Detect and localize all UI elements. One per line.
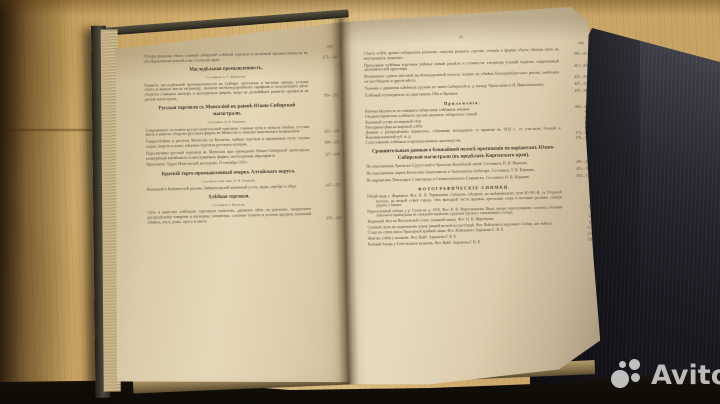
toc-entry-page-number: 136 bbox=[565, 237, 593, 242]
toc-entry-page-number: 64 bbox=[564, 215, 592, 220]
toc-entry-page-number: 472 bbox=[562, 121, 590, 126]
toc-entry-page-number: 16 bbox=[564, 190, 592, 195]
toc-entry-text: Обзоръ рынковъ сбыта главной сибирской х… bbox=[144, 51, 308, 64]
avito-watermark: Avito bbox=[610, 357, 720, 393]
left-page: стр. Обзоръ рынковъ сбыта главной сибирс… bbox=[109, 18, 349, 387]
toc-entry-text: Русская торговля съ Монголіей въ раіонѣ … bbox=[147, 103, 307, 119]
toc-entry-page-number: 476—480 bbox=[563, 136, 591, 141]
toc-entry-page-number: 491—502 bbox=[563, 167, 591, 172]
right-page: 15 стр. Сбытъ хлѣба древле-сибирскихъ ра… bbox=[341, 6, 605, 392]
left-page-toc: стр. Обзоръ рынковъ сбыта главной сибирс… bbox=[144, 45, 315, 379]
toc-entry-page-number: 481—490 bbox=[563, 160, 591, 165]
toc-entry-page-number: 468—469 bbox=[562, 105, 590, 110]
toc-entry-page-number: 503—510 bbox=[563, 174, 591, 179]
toc-entry-page-number: 447—458 bbox=[561, 82, 589, 87]
toc-entry-page-number: 399—412 bbox=[561, 52, 589, 57]
toc-entry-page-number: 459—467 bbox=[562, 89, 590, 94]
toc-block: Русская торговля съ Монголіей въ раіонѣ … bbox=[147, 103, 307, 119]
toc-block: Казенный и Кабинетскій раіоны; Змѣиногор… bbox=[147, 184, 311, 192]
photo-scene: стр. Обзоръ рынковъ сбыта главной сибирс… bbox=[0, 0, 720, 404]
toc-entry-page-number: 431—446 bbox=[561, 75, 589, 80]
right-page-toc: 15 стр. Сбытъ хлѣба древле-сибирскихъ ра… bbox=[363, 33, 566, 383]
open-book: стр. Обзоръ рынковъ сбыта главной сибирс… bbox=[81, 0, 630, 402]
toc-entry-page-number: 413—430 bbox=[561, 63, 589, 68]
avito-wordmark: Avito bbox=[651, 360, 720, 391]
toc-entry-text: Приложеніе: Труды Монгольской экспедиціи… bbox=[146, 159, 310, 167]
toc-entry-page-number: 112 bbox=[565, 226, 593, 231]
toc-entry-page-number: 471 bbox=[562, 115, 590, 120]
toc-block: Приложеніе: Труды Монгольской экспедиціи… bbox=[146, 159, 310, 167]
toc-block: Обзоръ рынковъ сбыта главной сибирской х… bbox=[144, 51, 308, 64]
toc-entry-page-number: 470 bbox=[562, 110, 590, 115]
toc-block: Сравнительныя данныя о ближайшей полосѣ … bbox=[368, 146, 559, 163]
toc-entry-text: Сѣть и качество хлѣбныхъ торговыхъ пункт… bbox=[147, 207, 311, 225]
toc-entry-text: Казенный и Кабинетскій раіоны; Змѣиногор… bbox=[147, 184, 311, 192]
toc-entry-page-number: 473—475 bbox=[562, 130, 590, 135]
toc-block: Развитіе маслодѣльной промышленности въ … bbox=[144, 80, 308, 103]
toc-entry-page-number: 128 bbox=[565, 232, 593, 237]
toc-entry-page-number: 96 bbox=[565, 220, 593, 225]
avito-logo-icon bbox=[610, 357, 646, 393]
toc-entry-text: Сравнительныя данныя о ближайшей полосѣ … bbox=[368, 146, 559, 163]
toc-block: Сѣть и качество хлѣбныхъ торговыхъ пункт… bbox=[147, 207, 311, 225]
toc-entry-page-number: 48 bbox=[564, 204, 592, 209]
toc-entry-text: Развитіе маслодѣльной промышленности въ … bbox=[144, 80, 308, 103]
